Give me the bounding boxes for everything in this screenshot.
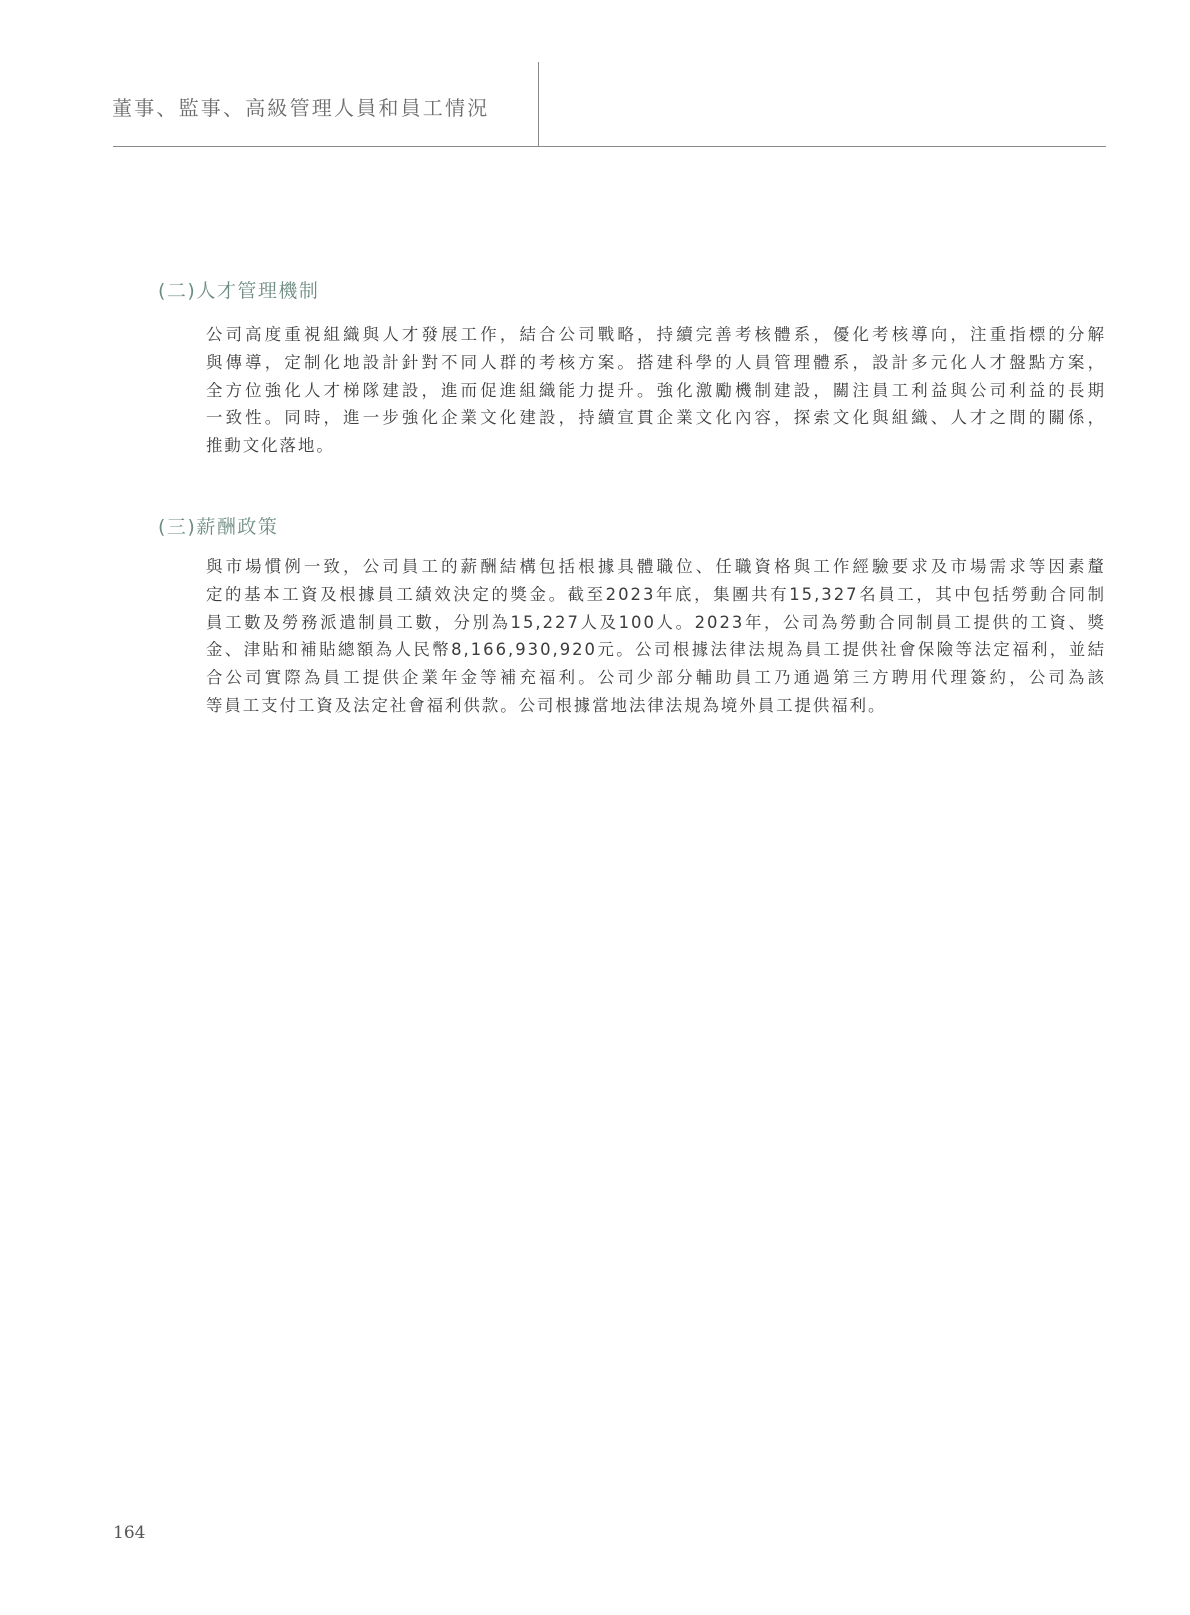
page-header: 董事、監事、高級管理人員和員工情況 <box>0 0 1190 150</box>
paragraph-line: 等員工支付工資及法定社會福利供款。公司根據當地法律法規為境外員工提供福利。 <box>206 692 1106 720</box>
paragraph-line: 全方位強化人才梯隊建設，進而促進組織能力提升。強化激勵機制建設，關注員工利益與公… <box>206 377 1106 405</box>
paragraph-line: 定的基本工資及根據員工績效決定的獎金。截至2023年底，集團共有15,327名員… <box>206 581 1106 609</box>
section-heading: (二)人才管理機制 <box>158 278 319 304</box>
paragraph-line: 公司高度重視組織與人才發展工作，結合公司戰略，持續完善考核體系，優化考核導向，注… <box>206 321 1106 349</box>
paragraph-line: 一致性。同時，進一步強化企業文化建設，持續宣貫企業文化內容，探索文化與組織、人才… <box>206 404 1106 432</box>
section-heading: (三)薪酬政策 <box>158 514 278 540</box>
paragraph-line: 合公司實際為員工提供企業年金等補充福利。公司少部分輔助員工乃通過第三方聘用代理簽… <box>206 664 1106 692</box>
paragraph-line: 與市場慣例一致，公司員工的薪酬結構包括根據具體職位、任職資格與工作經驗要求及市場… <box>206 553 1106 581</box>
page-number: 164 <box>113 1522 145 1544</box>
section-paragraph: 公司高度重視組織與人才發展工作，結合公司戰略，持續完善考核體系，優化考核導向，注… <box>206 321 1106 460</box>
chapter-title: 董事、監事、高級管理人員和員工情況 <box>112 94 489 122</box>
paragraph-line: 推動文化落地。 <box>206 432 1106 460</box>
section-paragraph: 與市場慣例一致，公司員工的薪酬結構包括根據具體職位、任職資格與工作經驗要求及市場… <box>206 553 1106 720</box>
header-rule <box>113 146 1106 147</box>
paragraph-line: 員工數及勞務派遣制員工數，分別為15,227人及100人。2023年，公司為勞動… <box>206 609 1106 637</box>
paragraph-line: 與傳導，定制化地設計針對不同人群的考核方案。搭建科學的人員管理體系，設計多元化人… <box>206 349 1106 377</box>
header-vertical-divider <box>538 62 539 147</box>
paragraph-line: 金、津貼和補貼總額為人民幣8,166,930,920元。公司根據法律法規為員工提… <box>206 636 1106 664</box>
